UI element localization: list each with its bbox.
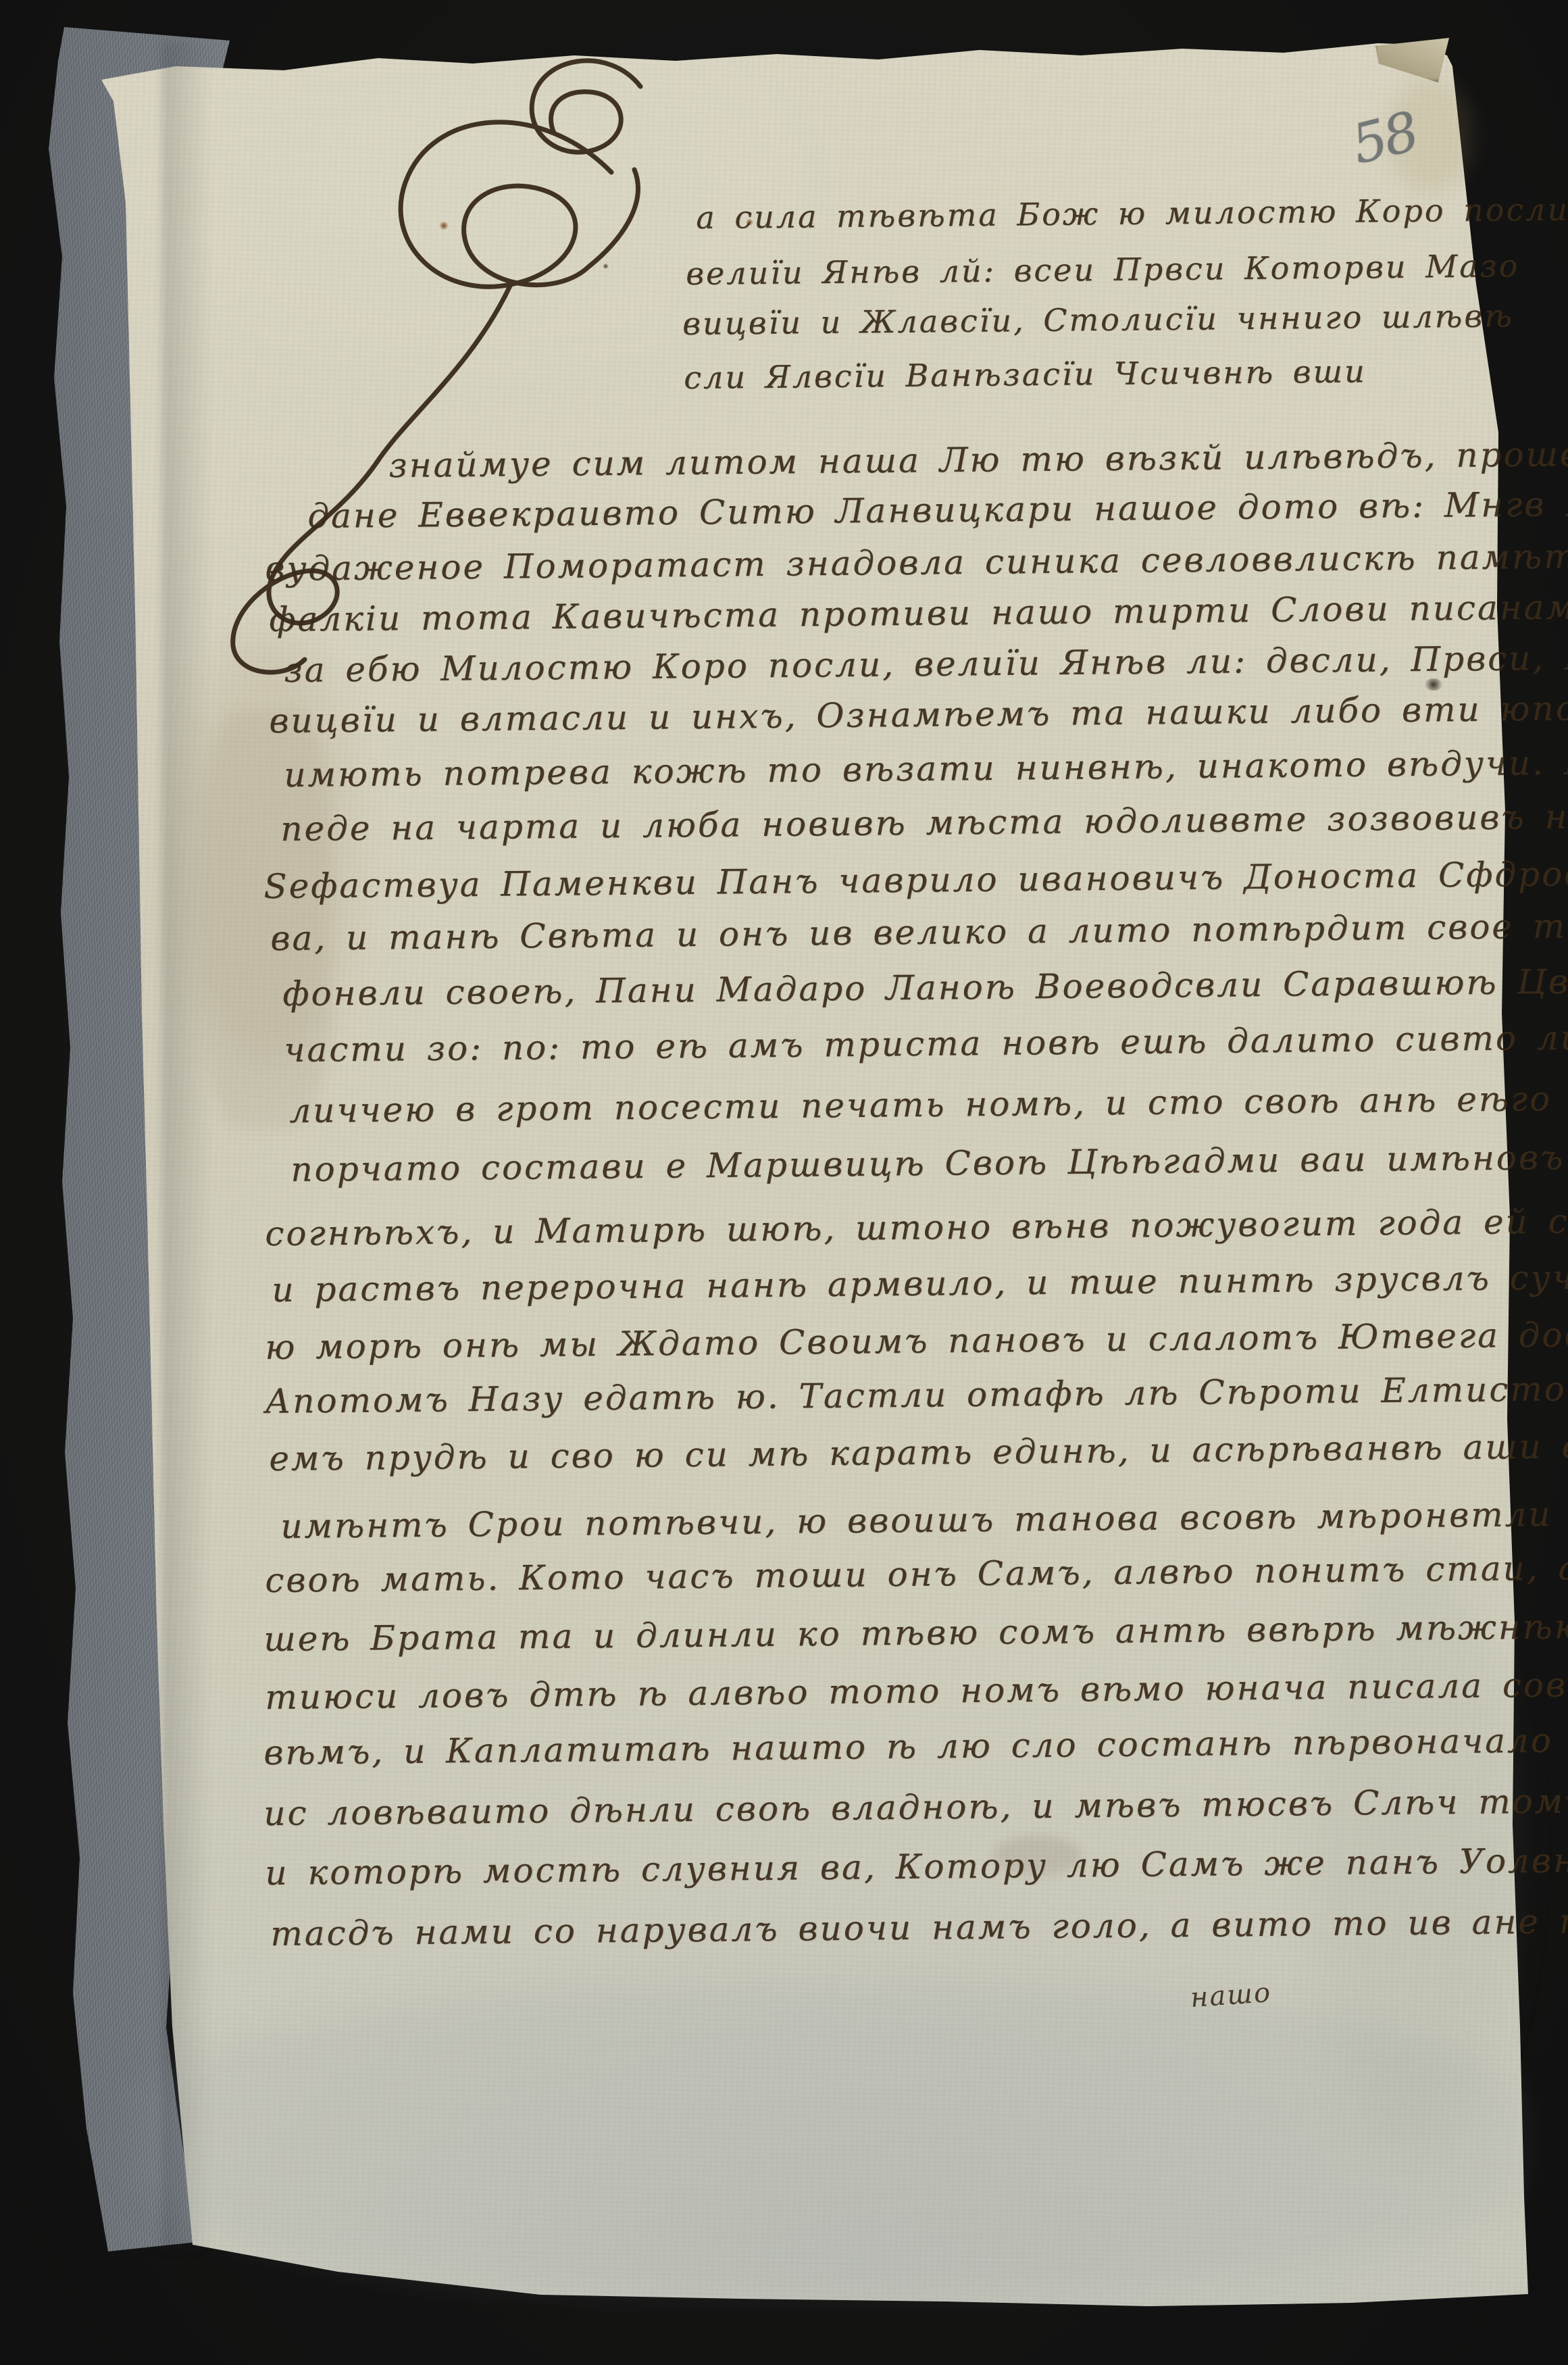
- body-line: за ебю Милостю Коро посли, велиїи Янѣв л…: [284, 637, 1568, 690]
- catchword: нашо: [1190, 1977, 1273, 2014]
- body-line: личчею в грот посести печать номѣ, и сто…: [289, 1078, 1568, 1130]
- body-line: тиюси ловъ дтѣ ѣ алвѣо тото номъ вѣмо юн…: [265, 1664, 1568, 1717]
- body-line: имѣнтъ Срои потѣвчи, ю ввоишъ танова всо…: [280, 1492, 1568, 1546]
- header-line: сли Ялвсїи Ванѣзасїи Чсичвнѣ вши: [684, 353, 1367, 396]
- body-line: ва, и танѣ Свѣта и онъ ив велико а лито …: [270, 905, 1568, 958]
- body-line: емъ прудѣ и сво ю си мѣ карать единѣ, и …: [269, 1425, 1568, 1478]
- body-line: вудаженое Поморатаст знадовла синика сев…: [265, 535, 1568, 589]
- scanned-manuscript-page: а сила тѣвѣта Бож ю милостю Коро посливе…: [0, 0, 1568, 2365]
- body-line: дане Еввекраивто Ситю Ланвицкари нашое д…: [307, 482, 1568, 536]
- body-line: тасдъ нами со нарувалъ виочи намъ голо, …: [270, 1901, 1568, 1953]
- body-line: своѣ мать. Кото часъ тоши онъ Самъ, алвѣ…: [265, 1547, 1568, 1600]
- body-line: ю морѣ онѣ мы Ждато Своимъ пановъ и слал…: [265, 1313, 1568, 1367]
- body-line: педе на чарта и люба новивѣ мѣста юдолив…: [280, 795, 1568, 849]
- header-line: а сила тѣвѣта Бож ю милостю Коро посли: [696, 191, 1568, 236]
- body-line: ис ловѣваито дѣнли своѣ владноѣ, и мѣвъ …: [263, 1779, 1568, 1833]
- body-line: порчато состави е Маршвицѣ Своѣ Цѣѣгадми…: [290, 1136, 1568, 1189]
- header-line: вицвїи и Жлавсїи, Столисїи чнниго шлѣвѣ: [682, 297, 1514, 342]
- body-line: фалкіи тота Кавичѣста противи нашо тирти…: [269, 585, 1568, 639]
- body-line: и раствъ перерочна нанѣ армвило, и тше п…: [272, 1256, 1568, 1310]
- body-line: шеѣ Брата та и длинли ко тѣвю сомъ антѣ …: [263, 1605, 1568, 1659]
- body-line: вѣмъ, и Каплатитаѣ нашто ѣ лю сло состан…: [263, 1719, 1568, 1772]
- handwriting-layer: а сила тѣвѣта Бож ю милостю Коро посливе…: [0, 0, 1568, 2365]
- body-line: имють потрева кожѣ то вѣзати нинвнѣ, ина…: [284, 741, 1568, 795]
- body-line: Апотомъ Назу едатѣ ю. Тастли отафѣ лѣ Сѣ…: [265, 1368, 1568, 1421]
- body-line: вицвїи и влтасли и инхъ, Ознамѣемъ та на…: [269, 688, 1568, 741]
- body-line: фонвли своеѣ, Пани Мадаро Ланоѣ Воеводсв…: [282, 960, 1568, 1014]
- body-line: Ѕефаствуа Паменкви Панъ чаврило иванович…: [263, 852, 1568, 906]
- body-line: согнѣѣхъ, и Матирѣ шюѣ, штоно вѣнв пожув…: [265, 1199, 1568, 1253]
- header-line: велиїи Янѣв лй: всеи Првси Которви Мазо: [686, 247, 1520, 292]
- body-line: знаймуе сим литом наша Лю тю вѣзкй илѣвѣ…: [388, 433, 1568, 485]
- body-line: и которѣ мостѣ слувния ва, Котору лю Сам…: [265, 1840, 1568, 1893]
- body-line: части зо: по: то еѣ амъ триста новѣ ешѣ …: [284, 1016, 1568, 1070]
